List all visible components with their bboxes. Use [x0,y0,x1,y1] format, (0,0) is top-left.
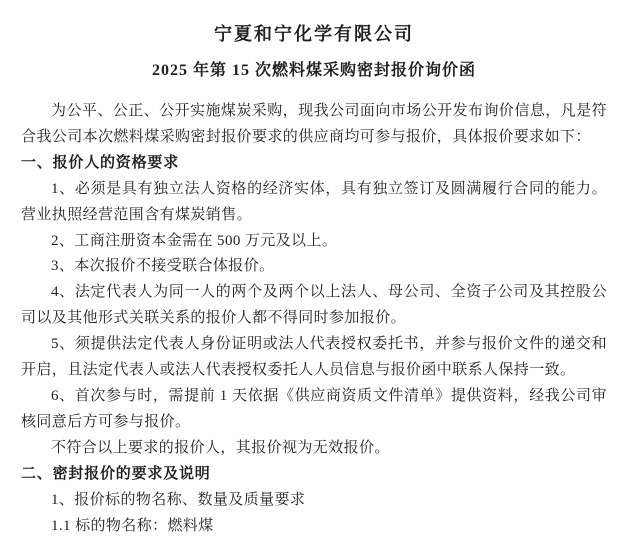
section-1-item-1: 1、必须是具有独立法人资格的经济实体，具有独立签订及圆满履行合同的能力。营业执照… [21,177,607,229]
section-1-invalid-note: 不符合以上要求的报价人，其报价视为无效报价。 [21,436,607,462]
document-subtitle: 2025 年第 15 次燃料煤采购密封报价询价函 [21,61,607,80]
section-1-item-3: 3、本次报价不接受联合体报价。 [21,254,607,280]
section-1-item-4: 4、法定代表人为同一人的两个及两个以上法人、母公司、全资子公司及其控股公司以及其… [21,280,607,332]
document-title: 宁夏和宁化学有限公司 [21,25,607,44]
section-2-item-1: 1、报价标的物名称、数量及质量要求 [21,488,607,514]
section-2-heading: 二、密封报价的要求及说明 [21,462,607,488]
document-body: 为公平、公正、公开实施煤炭采购，现我公司面向市场公开发布询价信息，凡是符合我公司… [21,99,607,539]
intro-paragraph: 为公平、公正、公开实施煤炭采购，现我公司面向市场公开发布询价信息，凡是符合我公司… [21,99,607,151]
document-page: 宁夏和宁化学有限公司 2025 年第 15 次燃料煤采购密封报价询价函 为公平、… [0,0,622,539]
section-2-item-1-1: 1.1 标的物名称：燃料煤 [21,514,607,539]
section-1-heading: 一、报价人的资格要求 [21,151,607,177]
section-1-item-5: 5、须提供法定代表人身份证明或法人代表授权委托书，并参与报价文件的递交和开启，且… [21,332,607,384]
section-1-item-6: 6、首次参与时，需提前 1 天依据《供应商资质文件清单》提供资料，经我公司审核同… [21,384,607,436]
section-1-item-2: 2、工商注册资本金需在 500 万元及以上。 [21,229,607,255]
